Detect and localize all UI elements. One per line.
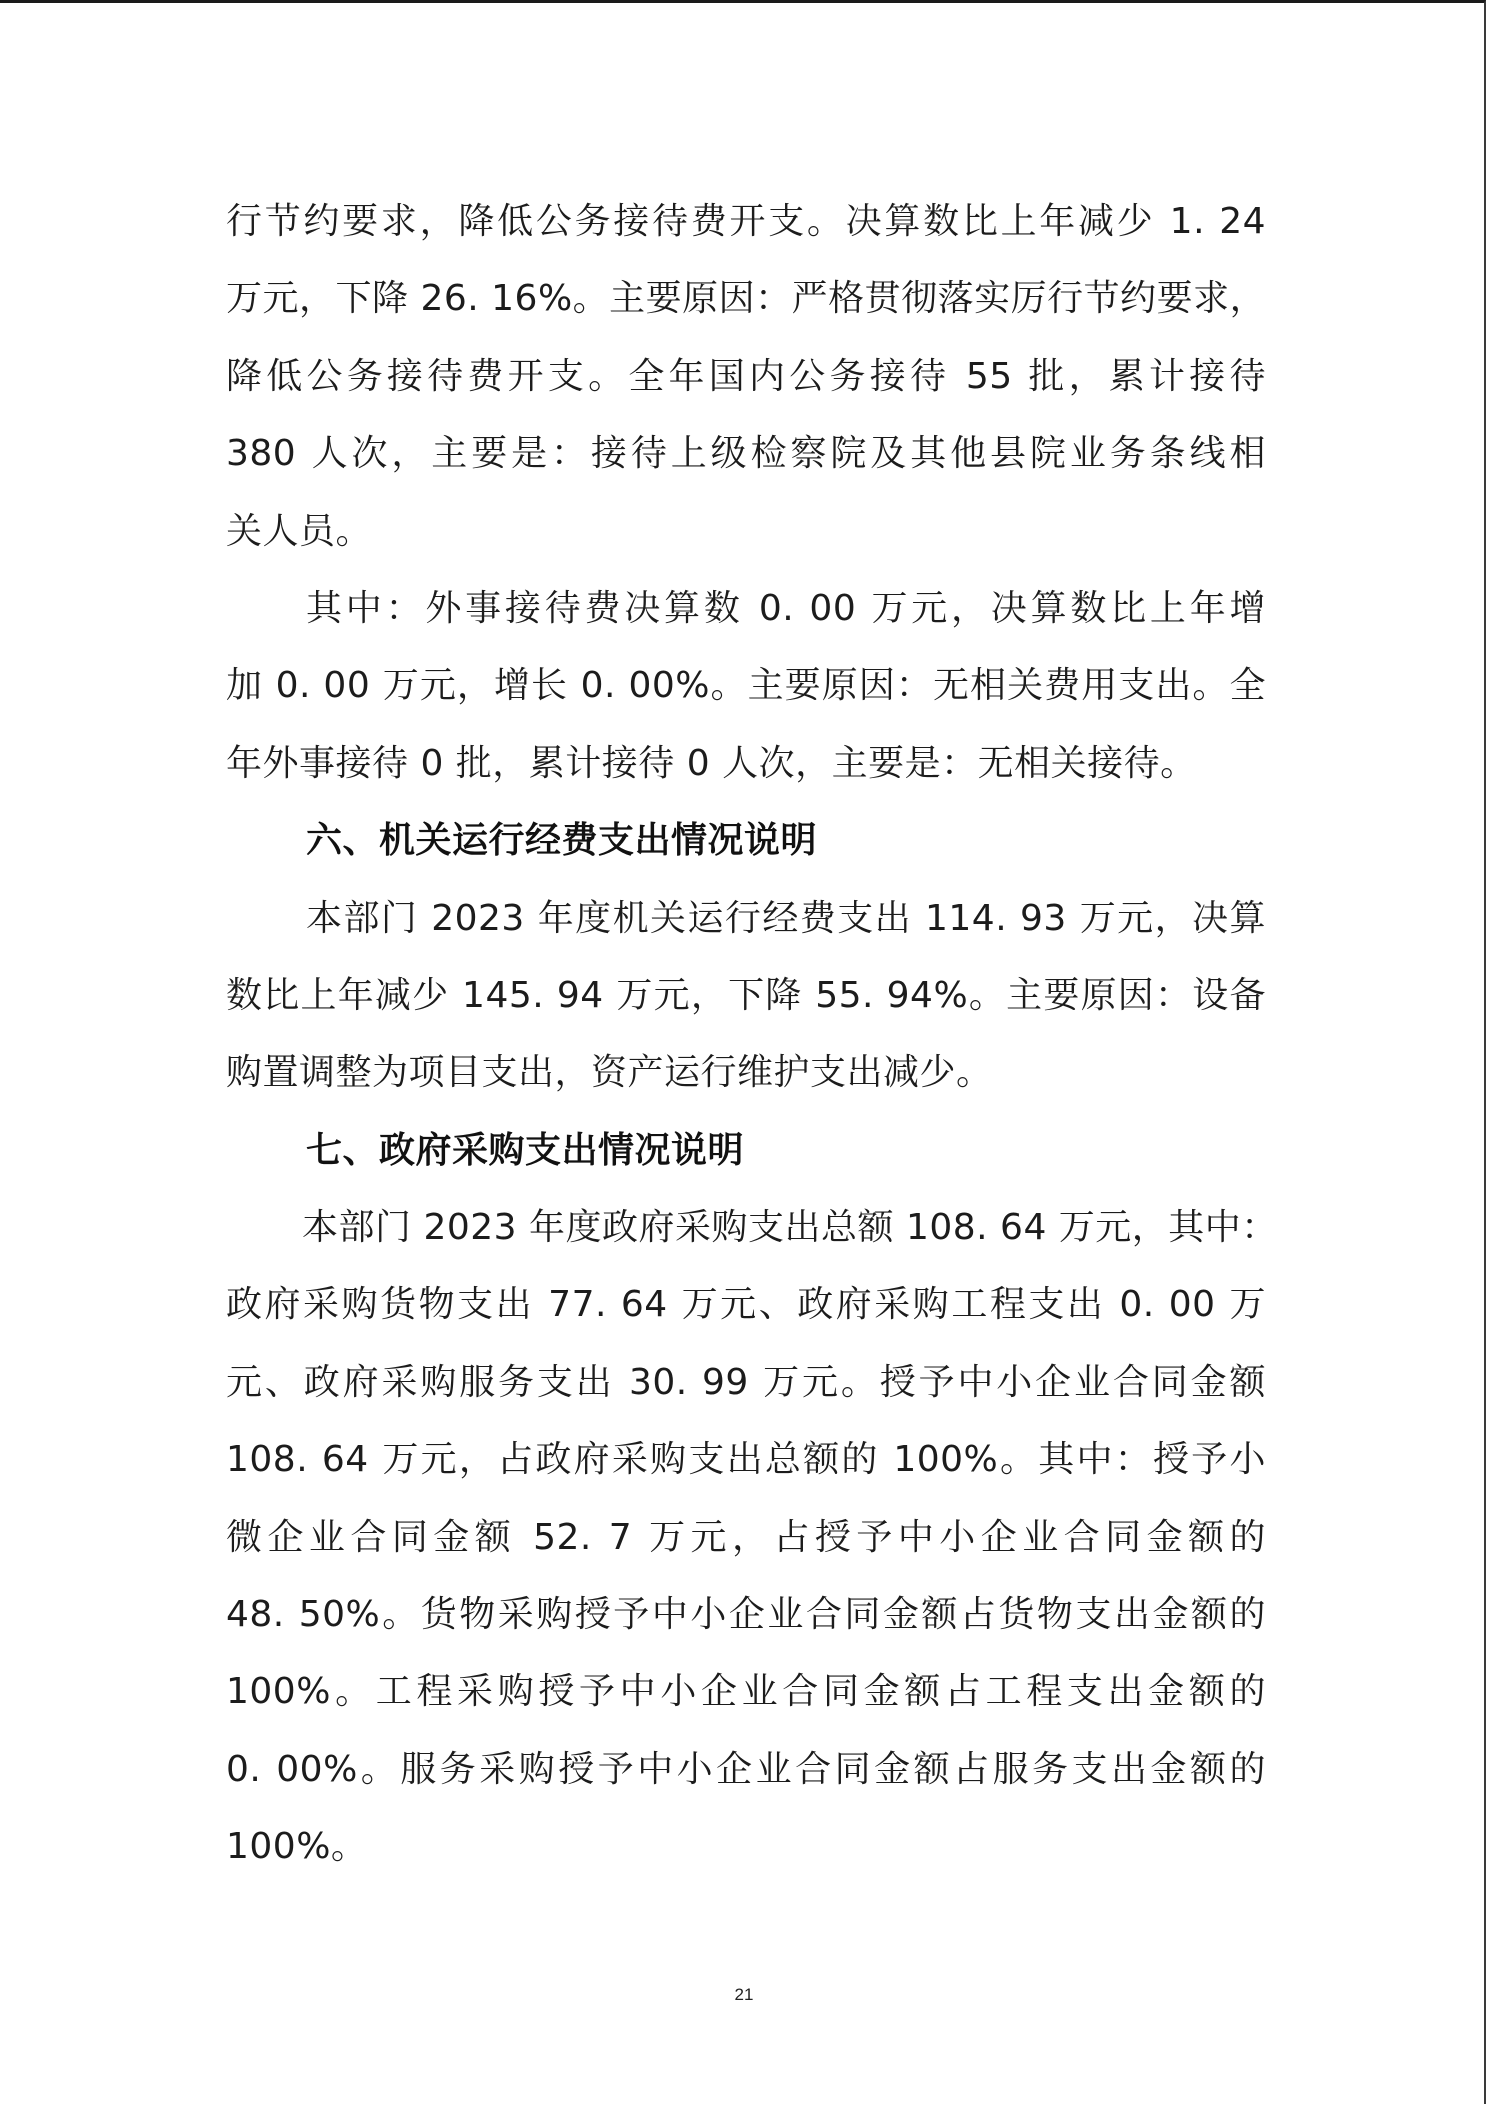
paragraph-line: 本部门 2023 年度机关运行经费支出 114. 93 万元，决算 (226, 893, 1266, 970)
body-text: 行节约要求，降低公务接待费开支。决算数比上年减少 1. 24 万元，下降 26.… (226, 196, 1266, 1899)
paragraph-line: 微企业合同金额 52. 7 万元，占授予中小企业合同金额的 (226, 1512, 1266, 1589)
paragraph-line: 购置调整为项目支出，资产运行维护支出减少。 (226, 1047, 1266, 1124)
paragraph-line: 政府采购货物支出 77. 64 万元、政府采购工程支出 0. 00 万 (226, 1279, 1266, 1356)
paragraph-line: 年外事接待 0 批，累计接待 0 人次，主要是：无相关接待。 (226, 738, 1266, 815)
paragraph-line: 降低公务接待费开支。全年国内公务接待 55 批，累计接待 (226, 351, 1266, 428)
paragraph-line: 万元，下降 26. 16%。主要原因：严格贯彻落实厉行节约要求， (226, 273, 1266, 350)
paragraph-line: 行节约要求，降低公务接待费开支。决算数比上年减少 1. 24 (226, 196, 1266, 273)
paragraph-line: 数比上年减少 145. 94 万元，下降 55. 94%。主要原因：设备 (226, 970, 1266, 1047)
paragraph-line: 其中：外事接待费决算数 0. 00 万元，决算数比上年增 (226, 583, 1266, 660)
section-heading-7: 七、政府采购支出情况说明 (226, 1125, 1266, 1202)
paragraph-line: 100%。工程采购授予中小企业合同金额占工程支出金额的 (226, 1666, 1266, 1743)
paragraph-line: 48. 50%。货物采购授予中小企业合同金额占货物支出金额的 (226, 1589, 1266, 1666)
section-heading-6: 六、机关运行经费支出情况说明 (226, 815, 1266, 892)
paragraph-line: 100%。 (226, 1821, 1266, 1898)
paragraph-line: 108. 64 万元，占政府采购支出总额的 100%。其中：授予小 (226, 1434, 1266, 1511)
document-page: 行节约要求，降低公务接待费开支。决算数比上年减少 1. 24 万元，下降 26.… (0, 0, 1486, 2104)
paragraph-line: 元、政府采购服务支出 30. 99 万元。授予中小企业合同金额 (226, 1357, 1266, 1434)
paragraph-line: 380 人次，主要是：接待上级检察院及其他县院业务条线相 (226, 428, 1266, 505)
paragraph-line: 0. 00%。服务采购授予中小企业合同金额占服务支出金额的 (226, 1744, 1266, 1821)
paragraph-line: 本部门 2023 年度政府采购支出总额 108. 64 万元，其中： (226, 1202, 1266, 1279)
paragraph-line: 加 0. 00 万元，增长 0. 00%。主要原因：无相关费用支出。全 (226, 660, 1266, 737)
page-number: 21 (0, 1985, 1488, 2005)
paragraph-line: 关人员。 (226, 506, 1266, 583)
